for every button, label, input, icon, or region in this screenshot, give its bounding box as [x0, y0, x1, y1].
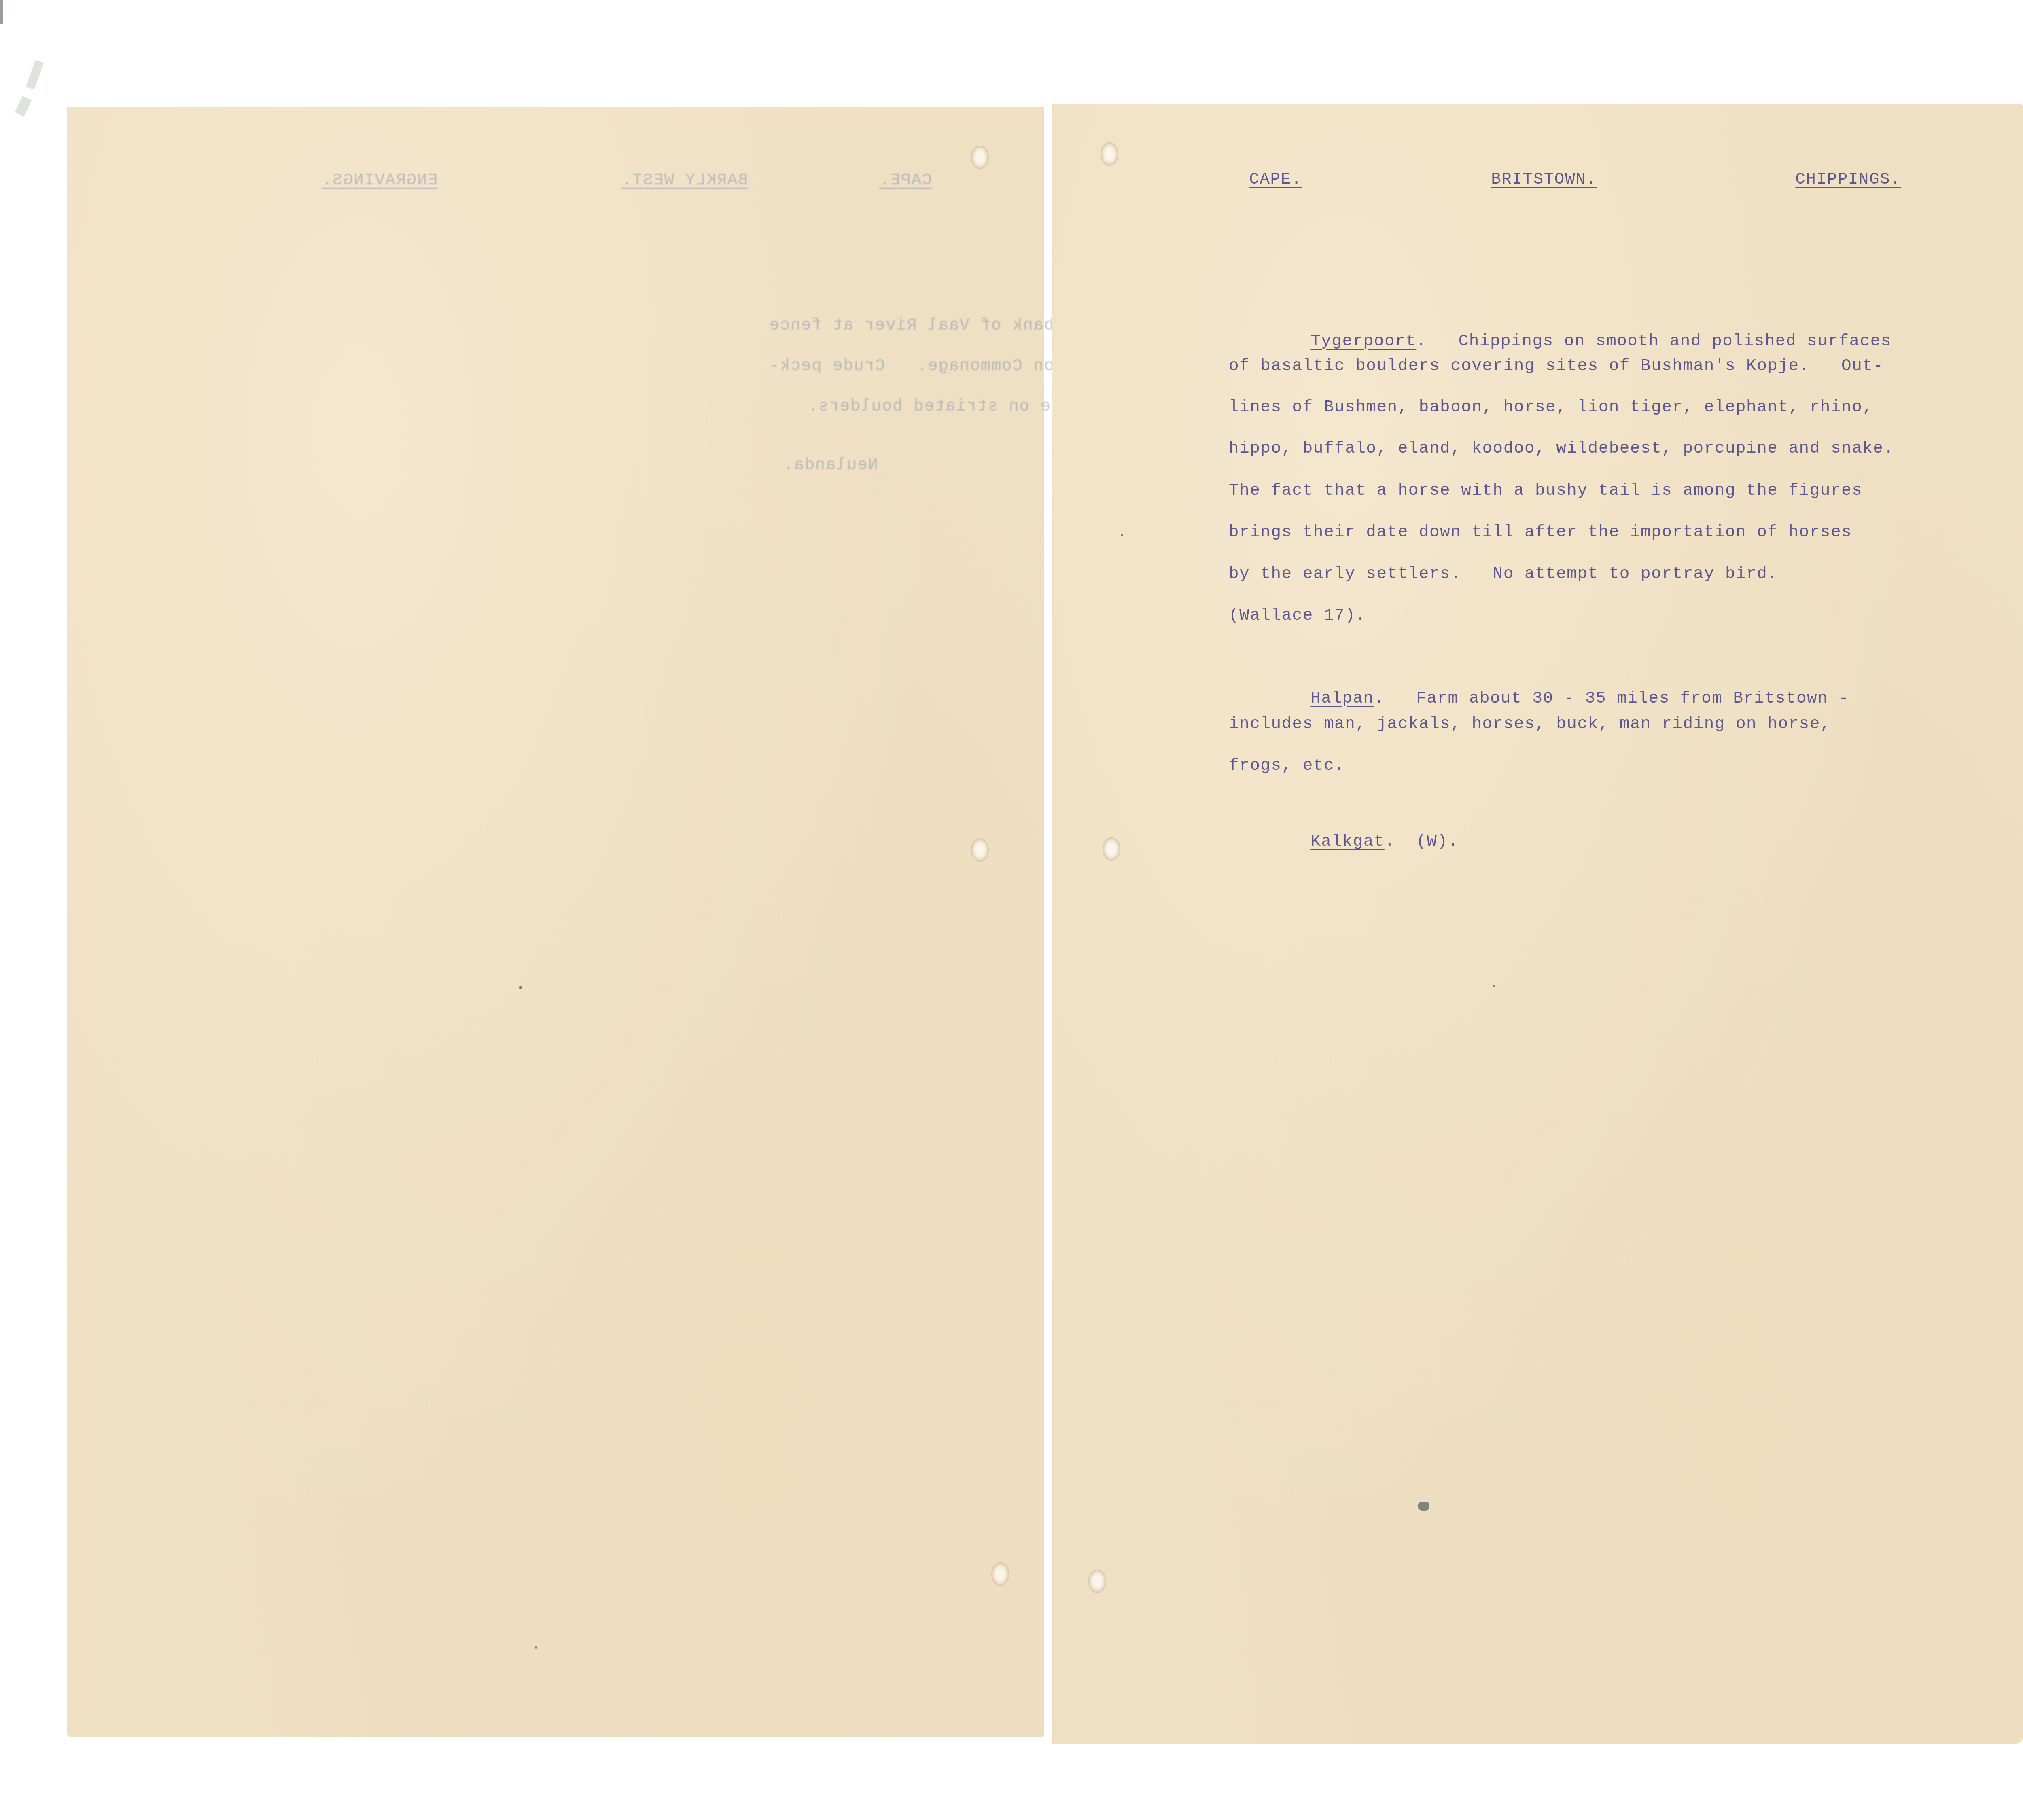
scan-artifact: [26, 60, 44, 89]
header-district-text: BRITSTOWN.: [1491, 170, 1597, 189]
paper-speck: [1418, 1502, 1429, 1511]
header-category: CHIPPINGS.: [1774, 155, 1901, 188]
paper-speck: [535, 1646, 537, 1649]
ghost-header-category: ENGRAVINGS.: [321, 156, 458, 189]
ghost-header-district: BARKLY WEST.: [621, 156, 769, 189]
entry-text: Farm about 30 - 35 miles from Britstown …: [1416, 689, 1849, 708]
entry-kalkgat-line-1: Kalkgat. (W).: [1289, 817, 1459, 850]
scan-artifact: [0, 0, 3, 24]
header-region-text: CAPE.: [1249, 170, 1302, 189]
entry-line: includes man, jackals, horses, buck, man…: [1229, 716, 1831, 733]
entry-line: lines of Bushmen, baboon, horse, lion ti…: [1229, 399, 1873, 416]
header-category-text: CHIPPINGS.: [1795, 170, 1901, 189]
ghost-district-text: BARKLY WEST.: [621, 171, 748, 190]
ghost-signature: Neulanda.: [783, 457, 878, 474]
ghost-header-region: CAPE.: [879, 156, 953, 189]
entry-line: The fact that a horse with a bushy tail …: [1229, 483, 1862, 499]
entry-line: frogs, etc.: [1229, 758, 1345, 774]
entry-line: hippo, buffalo, eland, koodoo, wildebees…: [1229, 441, 1894, 457]
paper-speck: [1121, 534, 1123, 536]
punch-hole: [1088, 1570, 1106, 1593]
entry-line: by the early settlers. No attempt to por…: [1229, 566, 1778, 583]
paper-speck: [1493, 985, 1495, 987]
entry-line: of basaltic boulders covering sites of B…: [1229, 358, 1883, 375]
entry-tygerpoort-line-1: Tygerpoort. Chippings on smooth and poli…: [1289, 317, 1892, 350]
entry-halpan-line-1: Halpan. Farm about 30 - 35 miles from Br…: [1289, 674, 1849, 707]
entry-line: brings their date down till after the im…: [1229, 524, 1852, 541]
punch-hole: [1103, 837, 1120, 861]
entry-line: (Wallace 17).: [1229, 608, 1366, 624]
period: .: [1385, 833, 1416, 851]
entry-text: (W).: [1416, 833, 1458, 851]
ghost-region-text: CAPE.: [879, 171, 932, 190]
site-name-kalkgat: Kalkgat: [1310, 833, 1385, 851]
period: .: [1374, 689, 1416, 708]
scan-artifact: [15, 96, 32, 117]
page-tear-edge: [1052, 1738, 1121, 1744]
ghost-category-text: ENGRAVINGS.: [321, 171, 437, 190]
period: .: [1416, 332, 1458, 351]
paper-speck: [519, 986, 522, 989]
entry-text: Chippings on smooth and polished surface…: [1459, 332, 1892, 351]
header-district: BRITSTOWN.: [1470, 155, 1597, 188]
left-page-verso: [67, 107, 1044, 1737]
header-region: CAPE.: [1228, 155, 1302, 188]
site-name-halpan: Halpan: [1310, 689, 1374, 708]
punch-hole: [1101, 142, 1118, 166]
punch-hole: [971, 146, 989, 169]
punch-hole: [971, 838, 989, 862]
punch-hole: [991, 1562, 1009, 1586]
site-name-tygerpoort: Tygerpoort: [1310, 332, 1416, 351]
